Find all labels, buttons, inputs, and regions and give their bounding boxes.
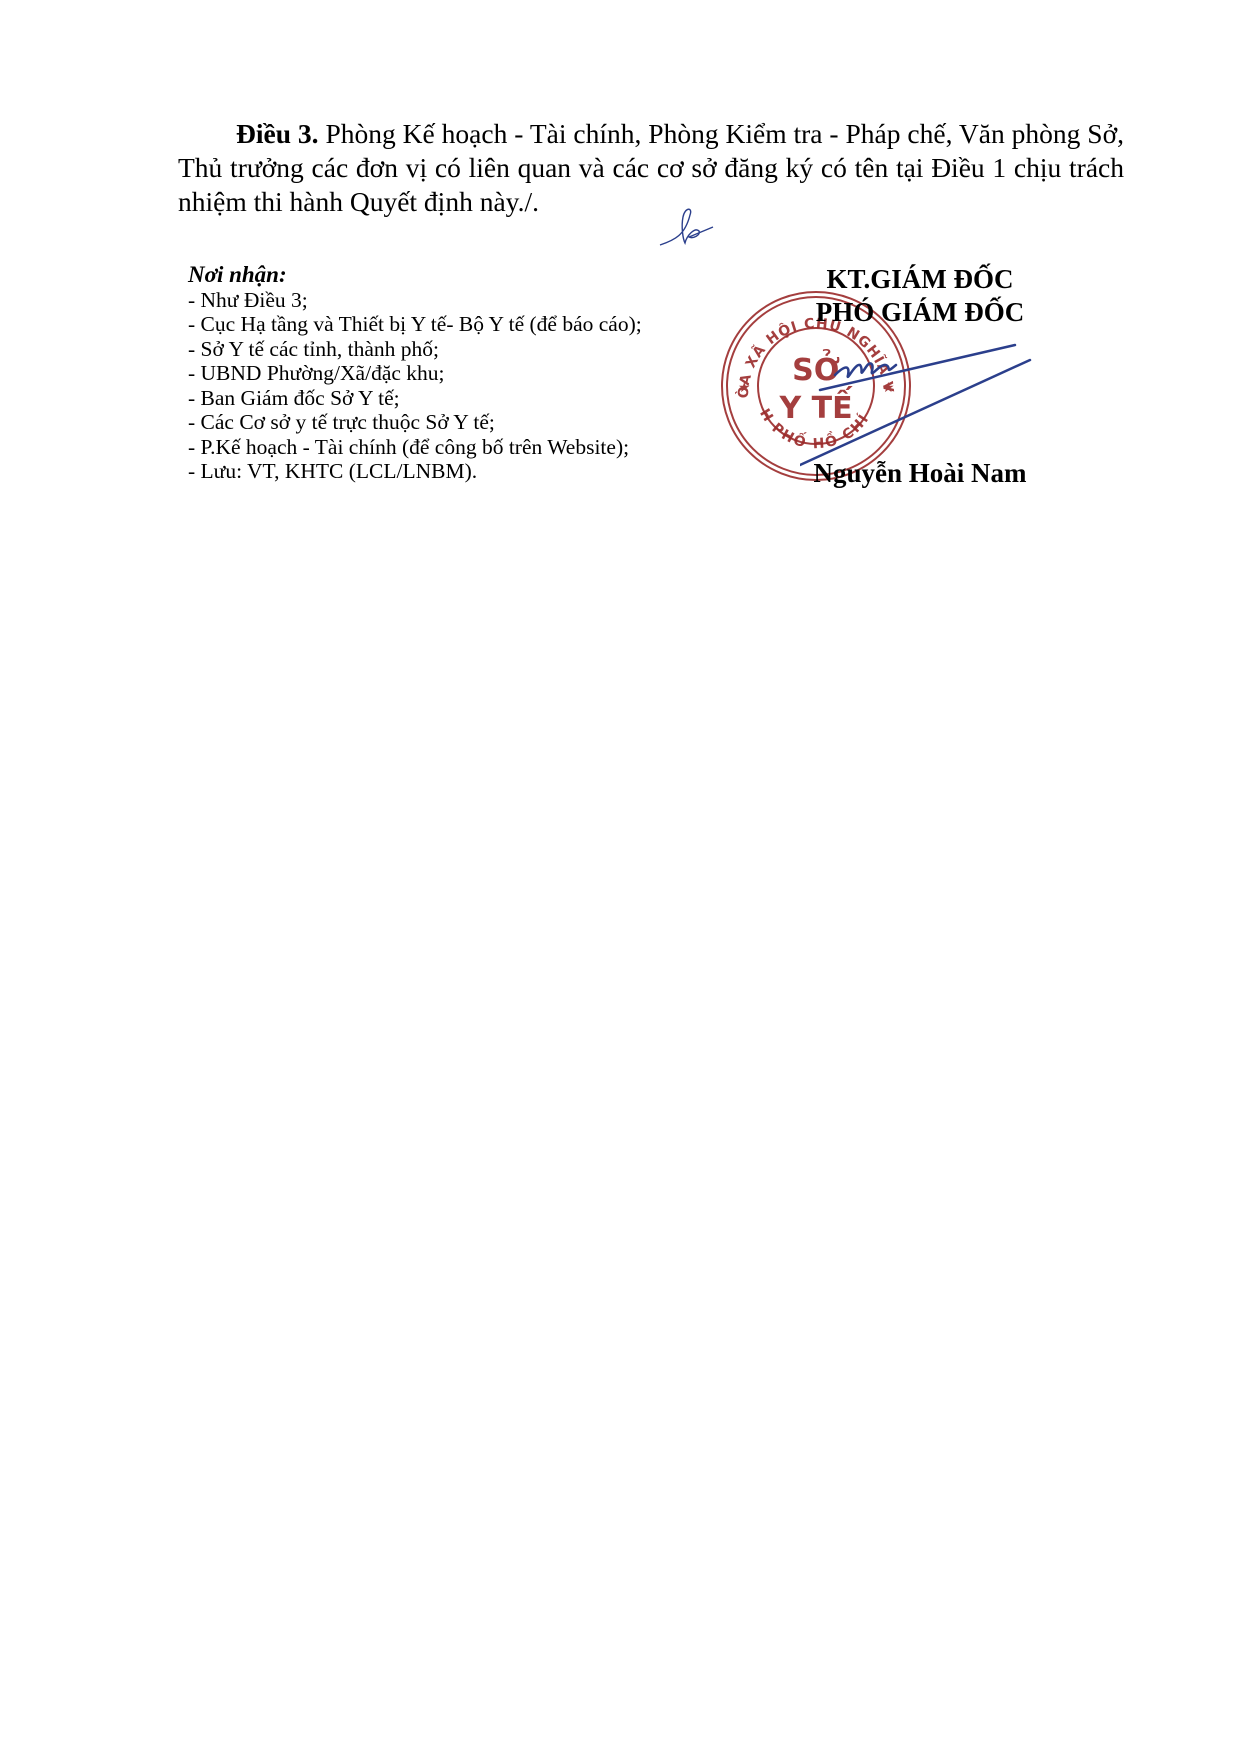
signature-title-line2: PHÓ GIÁM ĐỐC — [760, 296, 1080, 329]
recipient-item: - Lưu: VT, KHTC (LCL/LNBM). — [188, 459, 708, 484]
recipient-item: - UBND Phường/Xã/đặc khu; — [188, 361, 708, 386]
recipients-block: Nơi nhận: - Như Điều 3; - Cục Hạ tầng và… — [188, 263, 708, 484]
recipient-item: - Sở Y tế các tỉnh, thành phố; — [188, 337, 708, 362]
handwritten-signature-icon — [800, 335, 1040, 475]
signer-name: Nguyễn Hoài Nam — [760, 458, 1080, 489]
svg-text:★: ★ — [738, 380, 751, 396]
recipient-item: - Ban Giám đốc Sở Y tế; — [188, 386, 708, 411]
recipient-item: - Như Điều 3; — [188, 288, 708, 313]
recipients-title: Nơi nhận: — [188, 263, 708, 288]
signature-title-line1: KT.GIÁM ĐỐC — [760, 263, 1080, 296]
recipient-item: - Các Cơ sở y tế trực thuộc Sở Y tế; — [188, 410, 708, 435]
recipient-item: - Cục Hạ tầng và Thiết bị Y tế- Bộ Y tế … — [188, 312, 708, 337]
article-3-paragraph: Điều 3. Phòng Kế hoạch - Tài chính, Phòn… — [178, 117, 1124, 219]
signature-block: KT.GIÁM ĐỐC PHÓ GIÁM ĐỐC — [760, 263, 1080, 329]
recipient-item: - P.Kế hoạch - Tài chính (để công bố trê… — [188, 435, 708, 460]
article-label: Điều 3. — [236, 118, 319, 149]
article-text: Phòng Kế hoạch - Tài chính, Phòng Kiểm t… — [178, 118, 1124, 217]
initials-mark-icon — [655, 205, 715, 250]
